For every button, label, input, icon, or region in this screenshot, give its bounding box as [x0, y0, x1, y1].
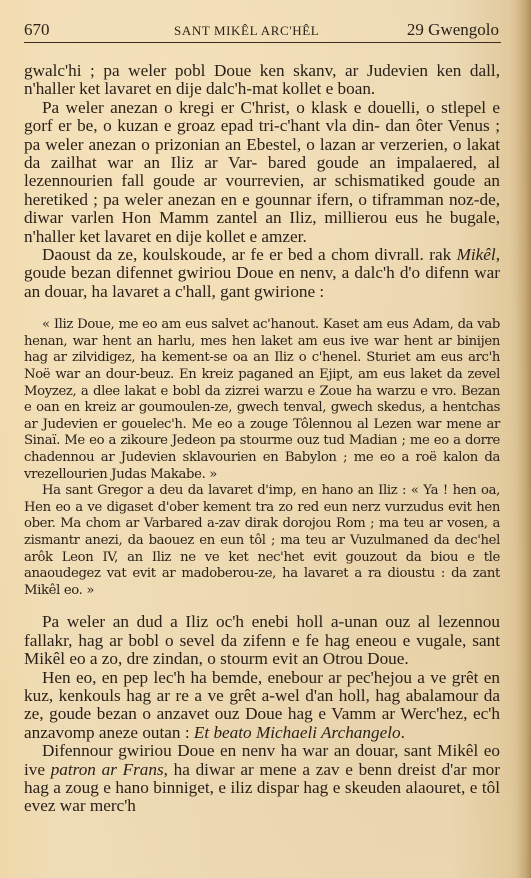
- spacer: [24, 599, 500, 613]
- paragraph-2-line: varlen Hon Mamm zantel an Iliz, milliero…: [71, 208, 500, 227]
- page-edge-shadow: [517, 0, 531, 878]
- paragraph-1-line-1: gwalc'hi ; pa weler pobl Doue ken skanv,…: [24, 61, 470, 80]
- closing-paragraph-2-end: .: [401, 723, 405, 742]
- quote-paragraph-2: Ha sant Gregor a deu da lavaret d'imp, e…: [24, 483, 500, 599]
- paragraph-3-italic-name: Mikêl: [457, 245, 496, 264]
- paragraph-1: gwalc'hi ; pa weler pobl Doue ken skanv,…: [24, 62, 500, 99]
- quote-paragraph-1: « Iliz Doue, me eo am eus salvet ac'hano…: [24, 317, 500, 483]
- paragraph-2-line: Pa weler anezan o kregi er C'hrist, o kl…: [42, 98, 441, 117]
- closing-paragraph-2: Hen eo, en pep lec'h ha bemde, enebour a…: [24, 669, 500, 743]
- closing-paragraph-3: Difennour gwiriou Doue en nenv ha war an…: [24, 742, 500, 816]
- closing-paragraph-1: Pa weler an dud a Iliz oc'h enebi holl a…: [24, 613, 500, 668]
- page-number: 670: [24, 20, 50, 40]
- paragraph-2: Pa weler anezan o kregi er C'hrist, o kl…: [24, 99, 500, 246]
- page-body: gwalc'hi ; pa weler pobl Doue ken skanv,…: [24, 62, 500, 816]
- paragraph-3: Daoust da ze, koulskoude, ar fe er bed a…: [24, 246, 500, 301]
- paragraph-2-line: n'haller ket lavaret en dije kollet e am…: [24, 227, 307, 246]
- book-page: 670 SANT MIKÊL ARC'HÊL 29 Gwengolo gwalc…: [0, 0, 531, 878]
- running-header: 670 SANT MIKÊL ARC'HÊL 29 Gwengolo: [24, 20, 501, 43]
- latin-invocation: Et beato Michaeli Archangelo: [194, 723, 401, 742]
- header-date: 29 Gwengolo: [407, 20, 499, 40]
- patron-phrase: patron ar Frans: [51, 760, 164, 779]
- running-title: SANT MIKÊL ARC'HÊL: [174, 23, 319, 39]
- paragraph-3-text: Daoust da ze, koulskoude, ar fe er bed a…: [42, 245, 457, 264]
- spacer: [24, 301, 500, 317]
